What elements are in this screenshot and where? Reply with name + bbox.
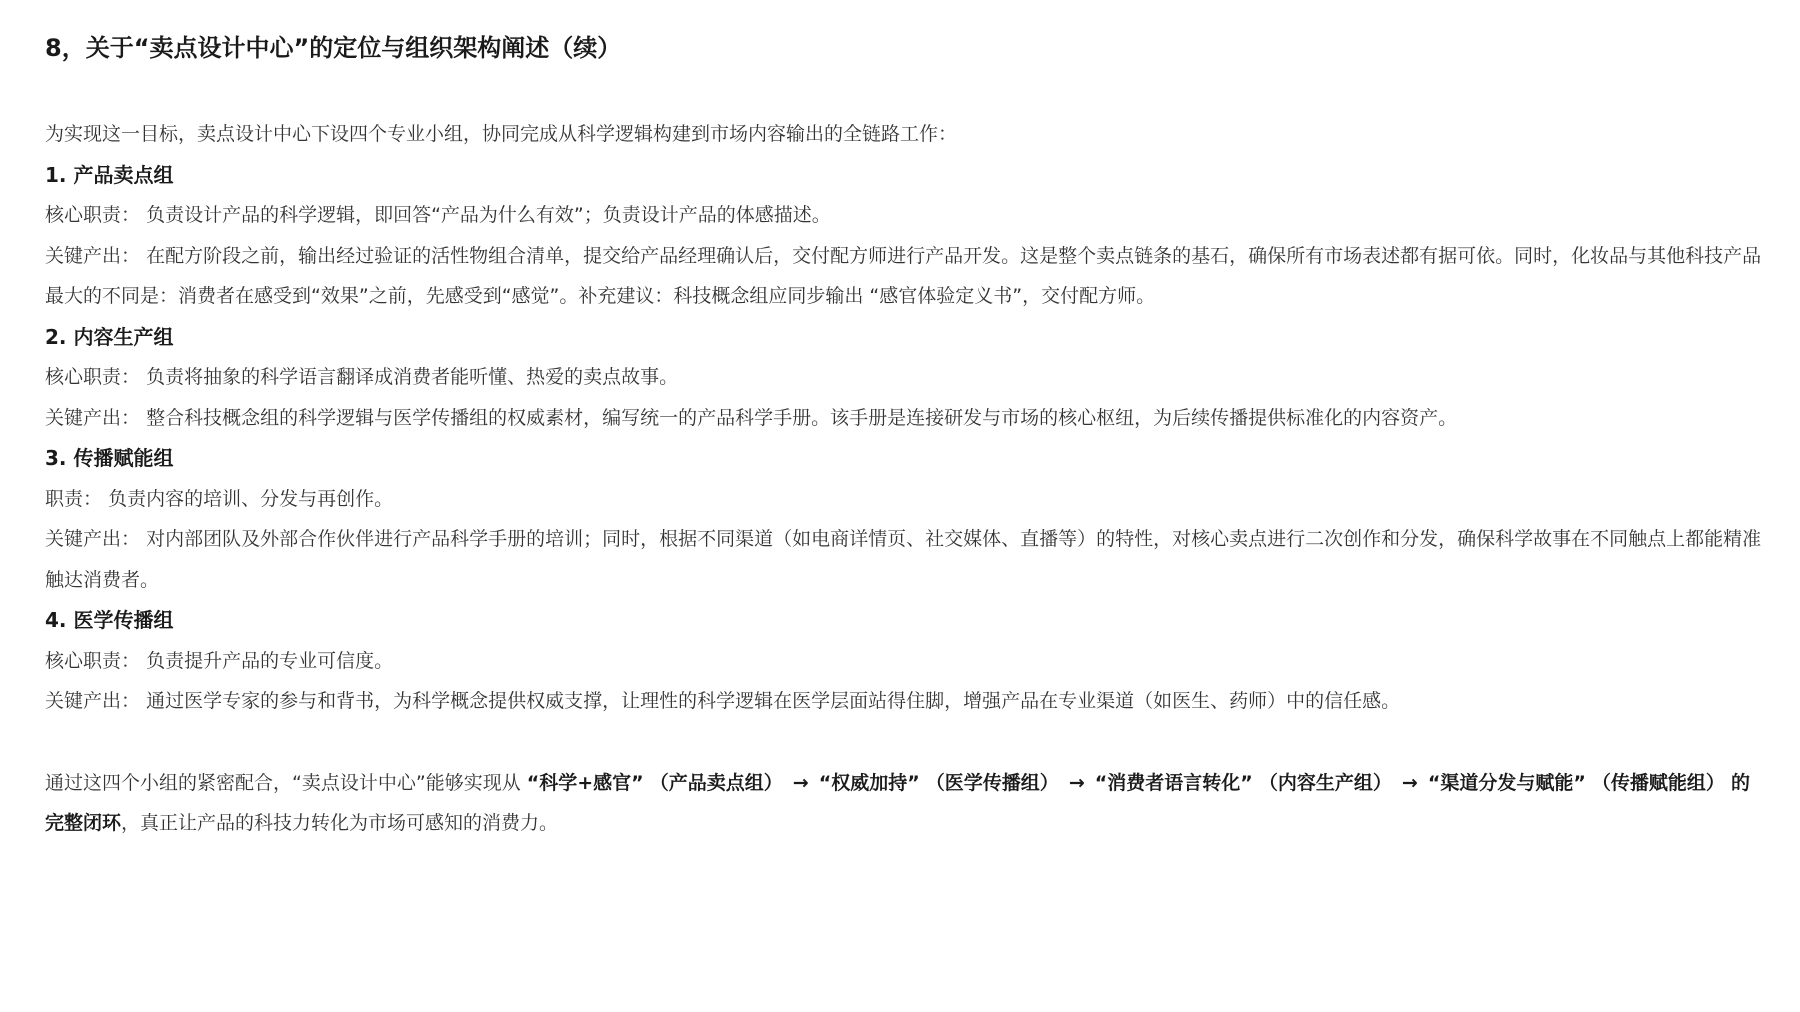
group-heading-content-production: 2. 内容生产组	[45, 317, 1765, 358]
step-phrase: “渠道分发与赋能”	[1428, 772, 1586, 794]
step-group: （传播赋能组）	[1592, 772, 1725, 794]
arrow-right-icon: →	[1398, 772, 1422, 794]
item-label: 关键产出：	[45, 245, 140, 267]
item-label: 职责：	[45, 488, 102, 510]
group-item: 关键产出： 在配方阶段之前，输出经过验证的活性物组合清单，提交给产品经理确认后，…	[45, 236, 1765, 317]
item-label: 核心职责：	[45, 650, 140, 672]
item-text: 负责内容的培训、分发与再创作。	[108, 488, 393, 510]
group-heading-product-selling-point: 1. 产品卖点组	[45, 155, 1765, 196]
group-item: 关键产出： 整合科技概念组的科学逻辑与医学传播组的权威素材，编写统一的产品科学手…	[45, 398, 1765, 439]
item-text: 对内部团队及外部合作伙伴进行产品科学手册的培训；同时，根据不同渠道（如电商详情页…	[45, 528, 1761, 591]
item-text: 负责提升产品的专业可信度。	[146, 650, 393, 672]
group-item: 核心职责： 负责设计产品的科学逻辑，即回答“产品为什么有效”；负责设计产品的体感…	[45, 195, 1765, 236]
conclusion-suffix: ，真正让产品的科技力转化为市场可感知的消费力。	[121, 812, 558, 834]
item-label: 关键产出：	[45, 690, 140, 712]
item-label: 核心职责：	[45, 366, 140, 388]
item-text: 通过医学专家的参与和背书，为科学概念提供权威支撑，让理性的科学逻辑在医学层面站得…	[146, 690, 1400, 712]
document-body: 为实现这一目标，卖点设计中心下设四个专业小组，协同完成从科学逻辑构建到市场内容输…	[45, 114, 1765, 844]
intro-paragraph: 为实现这一目标，卖点设计中心下设四个专业小组，协同完成从科学逻辑构建到市场内容输…	[45, 114, 1765, 155]
arrow-right-icon: →	[1065, 772, 1089, 794]
step-phrase: “科学+感官”	[527, 772, 644, 794]
group-item: 职责： 负责内容的培训、分发与再创作。	[45, 479, 1765, 520]
group-item: 关键产出： 对内部团队及外部合作伙伴进行产品科学手册的培训；同时，根据不同渠道（…	[45, 519, 1765, 600]
item-text: 负责设计产品的科学逻辑，即回答“产品为什么有效”；负责设计产品的体感描述。	[146, 204, 831, 226]
step-group: （产品卖点组）	[650, 772, 783, 794]
group-item: 关键产出： 通过医学专家的参与和背书，为科学概念提供权威支撑，让理性的科学逻辑在…	[45, 681, 1765, 722]
item-label: 关键产出：	[45, 407, 140, 429]
step-phrase: “权威加持”	[819, 772, 920, 794]
arrow-right-icon: →	[789, 772, 813, 794]
group-item: 核心职责： 负责提升产品的专业可信度。	[45, 641, 1765, 682]
step-phrase: “消费者语言转化”	[1095, 772, 1253, 794]
item-text: 整合科技概念组的科学逻辑与医学传播组的权威素材，编写统一的产品科学手册。该手册是…	[146, 407, 1457, 429]
step-group: （医学传播组）	[926, 772, 1059, 794]
conclusion-paragraph: 通过这四个小组的紧密配合，“卖点设计中心”能够实现从 “科学+感官” （产品卖点…	[45, 763, 1765, 844]
page-title: 8，关于“卖点设计中心”的定位与组织架构阐述（续）	[45, 30, 621, 66]
document-page: 8，关于“卖点设计中心”的定位与组织架构阐述（续） 为实现这一目标，卖点设计中心…	[0, 0, 1800, 1012]
item-label: 关键产出：	[45, 528, 140, 550]
group-heading-medical-communication: 4. 医学传播组	[45, 600, 1765, 641]
item-label: 核心职责：	[45, 204, 140, 226]
step-group: （内容生产组）	[1259, 772, 1392, 794]
group-item: 核心职责： 负责将抽象的科学语言翻译成消费者能听懂、热爱的卖点故事。	[45, 357, 1765, 398]
conclusion-prefix: 通过这四个小组的紧密配合，“卖点设计中心”能够实现从	[45, 772, 521, 794]
item-text: 负责将抽象的科学语言翻译成消费者能听懂、热爱的卖点故事。	[146, 366, 678, 388]
item-text: 在配方阶段之前，输出经过验证的活性物组合清单，提交给产品经理确认后，交付配方师进…	[45, 245, 1761, 308]
group-heading-communication-enablement: 3. 传播赋能组	[45, 438, 1765, 479]
